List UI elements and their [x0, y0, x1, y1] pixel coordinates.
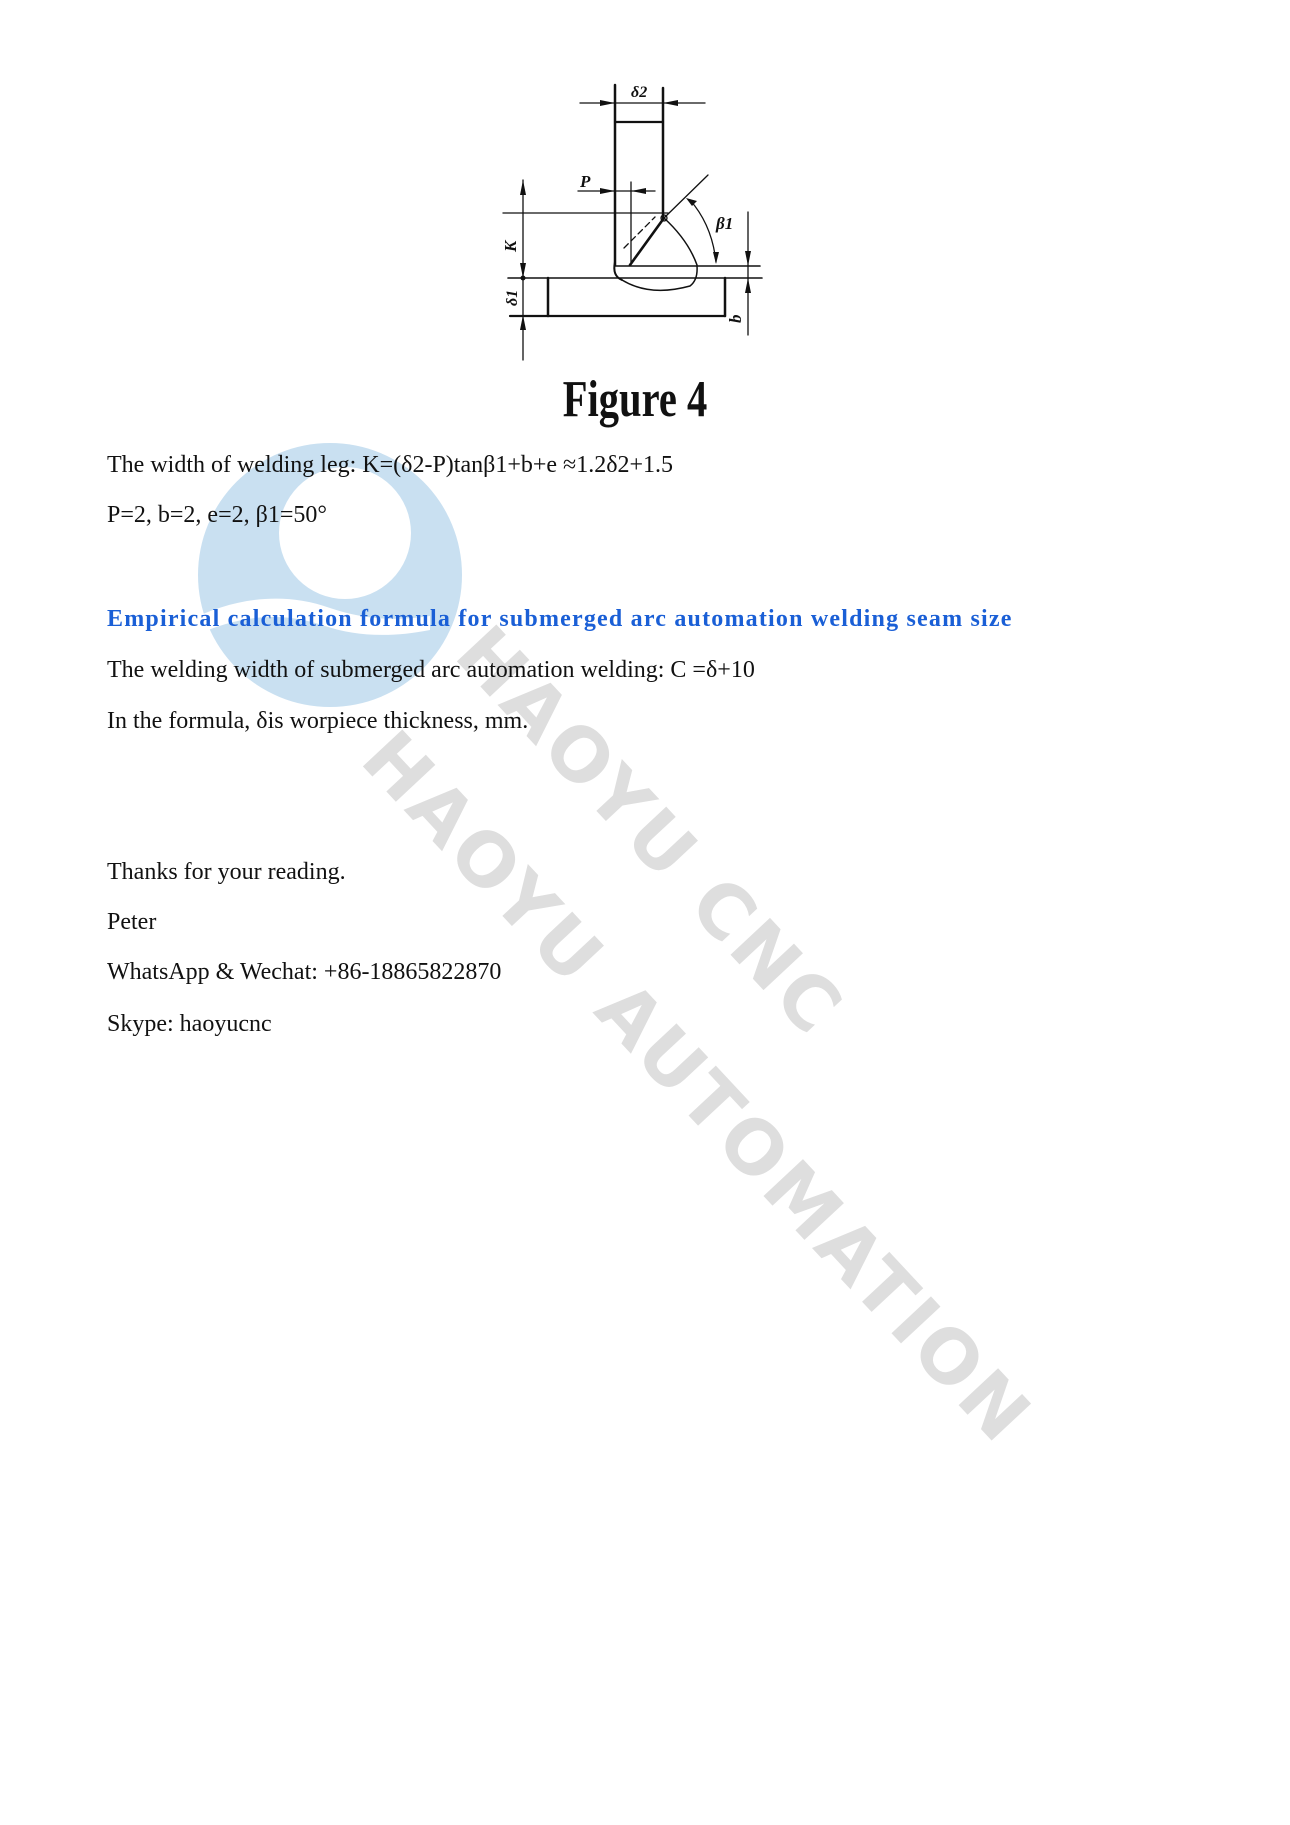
fillet-weld-drawing: δ2 P β1 K δ1 b: [480, 70, 800, 370]
figure-caption: Figure 4: [530, 372, 741, 428]
parameter-values: P=2, b=2, e=2, β1=50°: [107, 501, 327, 529]
weld-leg-formula: The width of welding leg: K=(δ2-P)tanβ1+…: [107, 451, 673, 479]
label-beta1: β1: [715, 214, 733, 233]
author-name: Peter: [107, 908, 156, 936]
label-p: P: [579, 172, 591, 191]
label-delta1: δ1: [504, 290, 521, 306]
label-k: K: [501, 239, 520, 253]
thanks-line: Thanks for your reading.: [107, 858, 346, 886]
document-page: HAOYU CNC HAOYU AUTOMATION: [0, 0, 1290, 1825]
label-b: b: [726, 315, 745, 324]
skype-contact: Skype: haoyucnc: [107, 1010, 272, 1038]
submerged-arc-formula: The welding width of submerged arc autom…: [107, 656, 755, 684]
section-heading: Empirical calculation formula for submer…: [107, 605, 1013, 633]
weld-diagram: δ2 P β1 K δ1 b: [480, 70, 800, 370]
label-delta2: δ2: [631, 84, 647, 101]
formula-note: In the formula, δis worpiece thickness, …: [107, 707, 528, 735]
whatsapp-contact: WhatsApp & Wechat: +86-18865822870: [107, 958, 501, 986]
